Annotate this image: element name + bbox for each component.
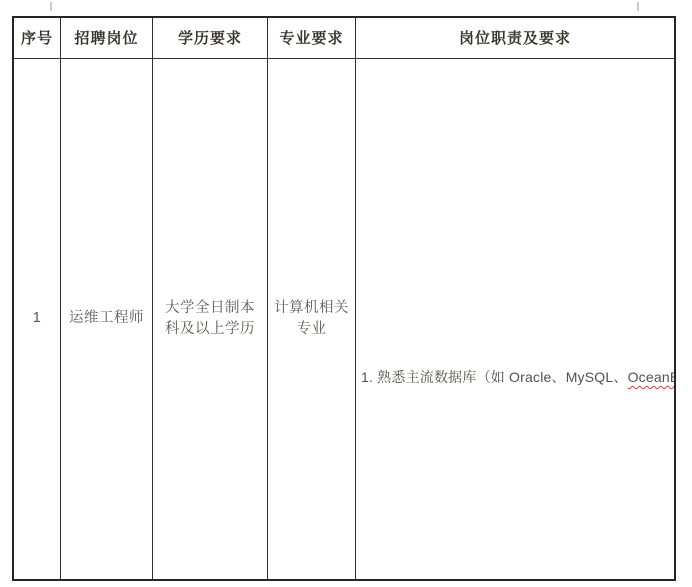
- cell-major: 计算机相关专业: [268, 59, 356, 579]
- text-line: [361, 272, 672, 291]
- text-line: [361, 234, 672, 253]
- column-marker-left: [50, 2, 52, 11]
- header-cell-education: 学历要求: [153, 18, 268, 58]
- text-line: [361, 157, 672, 176]
- text-line: [361, 541, 672, 560]
- text-line: [361, 330, 672, 349]
- text-line: [361, 464, 672, 483]
- education-text: 大学全日制本科及以上学历: [165, 298, 255, 340]
- text-segment: 专业: [297, 321, 327, 337]
- text-line: [361, 214, 672, 233]
- table-row: 1 运维工程师 大学全日制本科及以上学历 计算机相关专业 1. 熟悉主流数据库（…: [14, 59, 674, 579]
- text-line: [361, 119, 672, 138]
- text-line: 专业: [274, 319, 349, 340]
- text-line: 科及以上学历: [165, 319, 255, 340]
- cell-duties: 1. 熟悉主流数据库（如 Oracle、MySQL、OceanBase: [356, 59, 674, 579]
- major-text: 计算机相关专业: [274, 298, 349, 340]
- text-line: [361, 61, 672, 80]
- header-cell-major: 专业要求: [268, 18, 356, 58]
- text-line: [361, 349, 672, 368]
- cell-education: 大学全日制本科及以上学历: [153, 59, 268, 579]
- text-line: [361, 99, 672, 118]
- text-line: [361, 291, 672, 310]
- text-line: 计算机相关: [274, 298, 349, 319]
- text-segment: 1. 熟悉主流数据库（如 Oracle、MySQL、: [361, 369, 628, 385]
- header-cell-position: 招聘岗位: [61, 18, 153, 58]
- text-line: 大学全日制本: [165, 298, 255, 319]
- text-line: [361, 483, 672, 502]
- recruitment-table: 序号 招聘岗位 学历要求 专业要求 岗位职责及要求 1 运维工程师 大学全日制本…: [12, 16, 676, 581]
- text-line: 1. 熟悉主流数据库（如 Oracle、MySQL、OceanBase: [361, 368, 672, 387]
- cell-position: 运维工程师: [61, 59, 153, 579]
- text-line: [361, 426, 672, 445]
- text-line: [361, 560, 672, 579]
- document-page: 序号 招聘岗位 学历要求 专业要求 岗位职责及要求 1 运维工程师 大学全日制本…: [0, 0, 692, 587]
- header-cell-duties: 岗位职责及要求: [356, 18, 674, 58]
- text-segment: 大学全日制本: [165, 300, 255, 316]
- text-segment: 科及以上学历: [165, 321, 255, 337]
- text-line: [361, 387, 672, 406]
- text-line: [361, 445, 672, 464]
- text-line: [361, 138, 672, 157]
- text-line: [361, 80, 672, 99]
- misspelled-word: OceanBase: [628, 369, 674, 385]
- text-line: [361, 521, 672, 540]
- cell-seq: 1: [14, 59, 61, 579]
- text-line: [361, 502, 672, 521]
- column-marker-right: [637, 2, 639, 11]
- text-segment: 计算机相关: [274, 300, 349, 316]
- text-line: [361, 310, 672, 329]
- text-line: [361, 195, 672, 214]
- text-line: [361, 406, 672, 425]
- text-line: [361, 176, 672, 195]
- header-cell-seq: 序号: [14, 18, 61, 58]
- text-line: [361, 253, 672, 272]
- table-header-row: 序号 招聘岗位 学历要求 专业要求 岗位职责及要求: [14, 18, 674, 59]
